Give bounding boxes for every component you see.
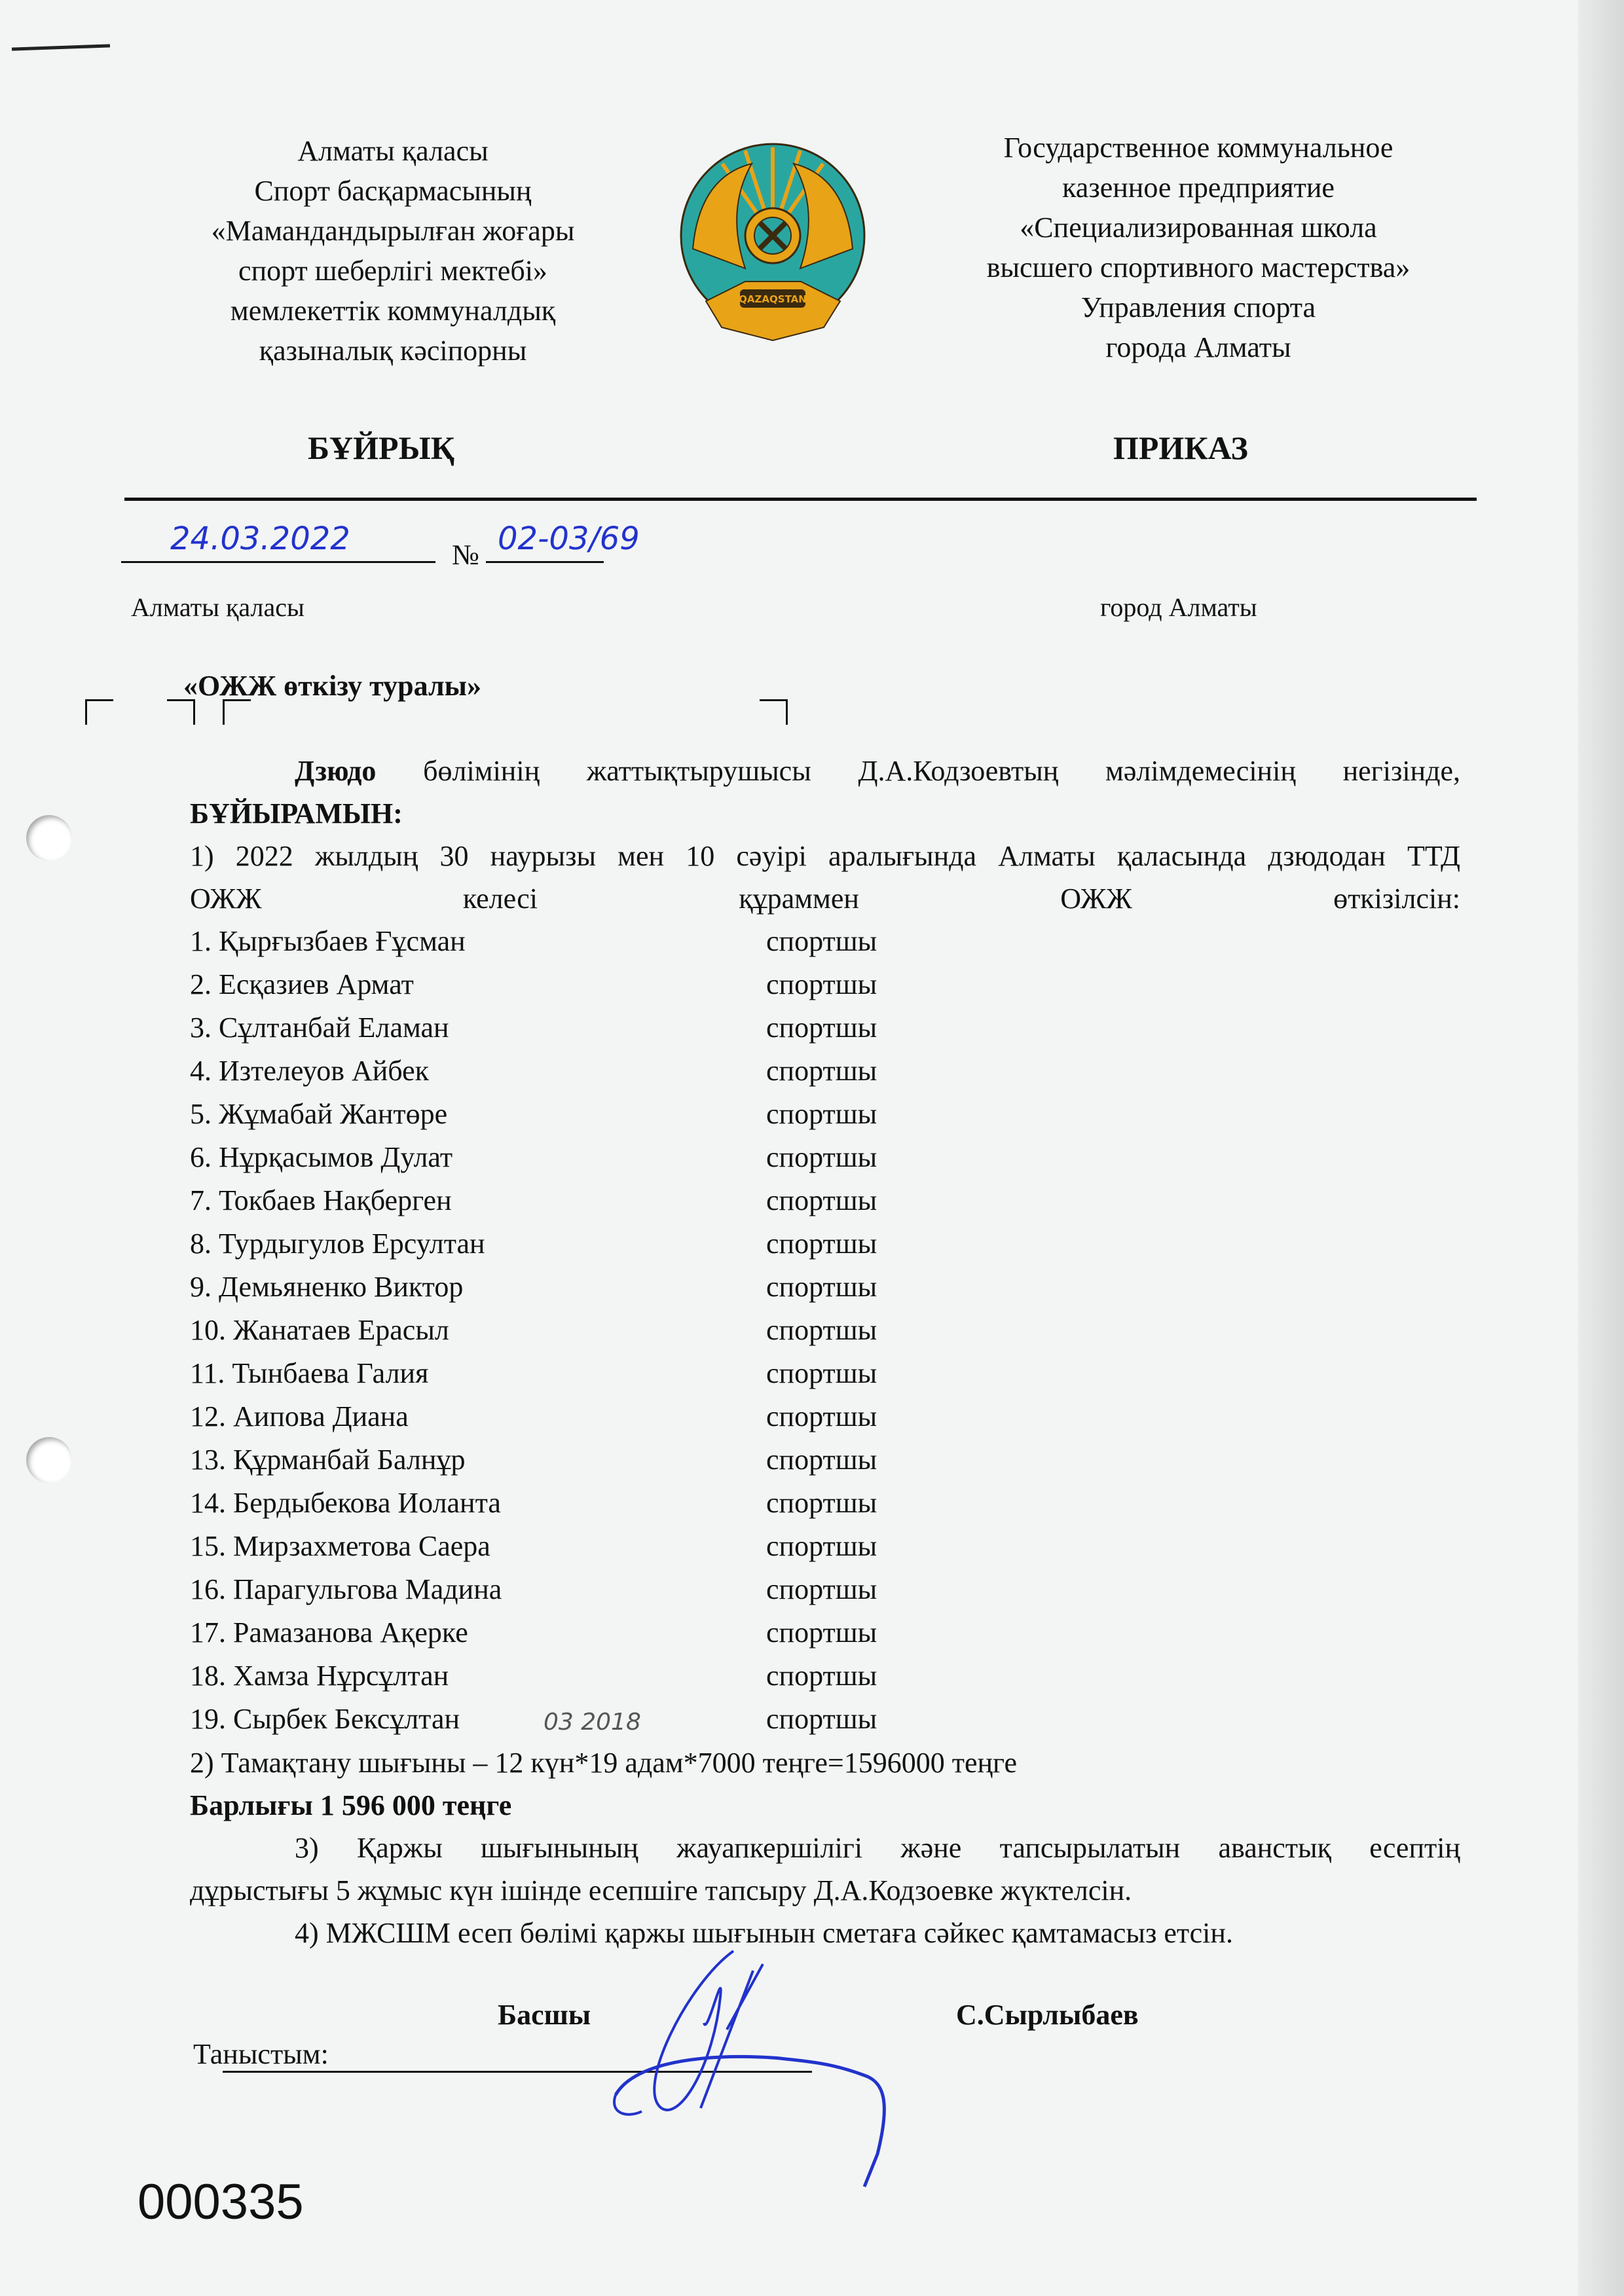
header-kz-line: «Мамандандырылған жоғары [164, 211, 622, 251]
participant-role: спортшы [766, 1266, 877, 1309]
header-kz-line: мемлекеттік коммуналдық [164, 291, 622, 331]
order-number: 02-03/69 [498, 520, 640, 557]
participant-number: 18. [190, 1660, 233, 1692]
participant-number: 14. [190, 1487, 233, 1519]
participant-row: 10. Жанатаев Ерасылспортшы [190, 1309, 976, 1352]
participant-number: 5. [190, 1098, 219, 1130]
title-kz: БҰЙРЫҚ [308, 429, 454, 467]
participant-name: Нұрқасымов Дулат [219, 1141, 452, 1173]
header-ru-line: города Алматы [904, 327, 1493, 367]
participant-name: Сұлтанбай Еламан [219, 1011, 449, 1044]
participant-role: спортшы [766, 1049, 877, 1093]
intro-sport: Дзюдо [295, 755, 376, 787]
participant-number: 17. [190, 1616, 233, 1649]
participant-number: 2. [190, 968, 219, 1000]
acknowledged-line [223, 2071, 380, 2073]
participant-number: 7. [190, 1184, 219, 1216]
participant-row: 7. Токбаев Нақбергенспортшы [190, 1179, 976, 1222]
corner-bracket [167, 699, 195, 725]
participant-name: Жанатаев Ерасыл [233, 1314, 449, 1346]
punch-hole [26, 815, 72, 861]
corner-bracket [223, 699, 251, 725]
participant-name: Мирзахметова Саера [233, 1530, 490, 1562]
item2-meals: 2) Тамақтану шығыны – 12 күн*19 адам*700… [190, 1741, 1017, 1785]
participant-role: спортшы [766, 1309, 877, 1352]
participant-row: 15. Мирзахметова Саераспортшы [190, 1525, 976, 1568]
item3-line2: дұрыстығы 5 жұмыс күн ішінде есепшіге та… [190, 1869, 1132, 1912]
participant-number: 6. [190, 1141, 219, 1173]
participant-row: 2. Есқазиев Арматспортшы [190, 963, 976, 1006]
header-ru-line: «Специализированная школа [904, 208, 1493, 247]
participant-role: спортшы [766, 963, 877, 1006]
header-kz-line: қазыналық кәсіпорны [164, 331, 622, 371]
header-ru: Государственное коммунальное казенное пр… [904, 128, 1493, 367]
participant-row: 8. Турдыгулов Ерсултанспортшы [190, 1222, 976, 1266]
participant-role: спортшы [766, 1525, 877, 1568]
participant-name: Токбаев Нақберген [219, 1184, 452, 1216]
participant-number: 1. [190, 925, 219, 957]
participant-number: 10. [190, 1314, 233, 1346]
number-label: № [452, 534, 479, 577]
participant-role: спортшы [766, 1395, 877, 1438]
participant-role: спортшы [766, 1438, 877, 1482]
punch-hole [26, 1437, 72, 1483]
participant-role: спортшы [766, 1006, 877, 1049]
participant-row: 12. Аипова Дианаспортшы [190, 1395, 976, 1438]
participant-number: 8. [190, 1228, 219, 1260]
scan-edge [1578, 0, 1624, 2296]
intro-text: бөлімінің жаттықтырушысы Д.А.Кодзоевтың … [423, 755, 1460, 787]
participant-row: 6. Нұрқасымов Дулатспортшы [190, 1136, 976, 1179]
header-kz: Алматы қаласы Спорт басқармасының «Маман… [164, 131, 622, 371]
participant-row: 3. Сұлтанбай Еламанспортшы [190, 1006, 976, 1049]
decree-word: БҰЙЫРАМЫН: [190, 792, 403, 835]
participant-name: Жұмабай Жантөре [219, 1098, 447, 1130]
participant-role: спортшы [766, 1093, 877, 1136]
participant-name: Бердыбекова Иоланта [233, 1487, 501, 1519]
participant-number: 3. [190, 1011, 219, 1044]
participant-row: 16. Парагульгова Мадинаспортшы [190, 1568, 976, 1611]
participant-name: Турдыгулов Ерсултан [219, 1228, 485, 1260]
participant-number: 11. [190, 1357, 232, 1389]
participant-role: спортшы [766, 1179, 877, 1222]
participant-row: 13. Құрманбай Балнұрспортшы [190, 1438, 976, 1482]
header-ru-line: высшего спортивного мастерства» [904, 247, 1493, 287]
header-ru-line: Государственное коммунальное [904, 128, 1493, 168]
participant-row: 14. Бердыбекова Иолантаспортшы [190, 1482, 976, 1525]
scan-mark [12, 44, 110, 50]
participant-name: Демьяненко Виктор [219, 1271, 463, 1303]
handwritten-note: 03 2018 [544, 1709, 641, 1736]
participant-name: Құрманбай Балнұр [233, 1444, 465, 1476]
participant-role: спортшы [766, 1611, 877, 1654]
participant-name: Парагульгова Мадина [233, 1573, 502, 1605]
participant-name: Хамза Нұрсұлтан [233, 1660, 449, 1692]
document-serial-number: 000335 [138, 2174, 304, 2231]
header-kz-line: Алматы қаласы [164, 131, 622, 171]
participant-row: 18. Хамза Нұрсұлтанспортшы [190, 1654, 976, 1698]
participant-role: спортшы [766, 1568, 877, 1611]
participant-role: спортшы [766, 1482, 877, 1525]
participant-role: спортшы [766, 1222, 877, 1266]
header-kz-line: Спорт басқармасының [164, 171, 622, 211]
participant-row: 17. Рамазанова Ақеркеспортшы [190, 1611, 976, 1654]
participant-row: 5. Жұмабай Жантөреспортшы [190, 1093, 976, 1136]
total-amount: Барлығы 1 596 000 теңге [190, 1784, 511, 1827]
participant-number: 12. [190, 1400, 233, 1432]
header-ru-line: казенное предприятие [904, 168, 1493, 208]
participant-row: 9. Демьяненко Викторспортшы [190, 1266, 976, 1309]
participant-row: 1. Қырғызбаев Ғұсманспортшы [190, 920, 976, 963]
participant-number: 9. [190, 1271, 219, 1303]
participant-number: 15. [190, 1530, 233, 1562]
participant-name: Изтелеуов Айбек [219, 1055, 429, 1087]
date-underline [121, 561, 435, 563]
participant-name: Тынбаева Галия [232, 1357, 428, 1389]
item1-line2: ОЖЖ келесі құраммен ОЖЖ өткізілсін: [190, 877, 1460, 920]
state-emblem-icon: QAZAQSTAN [680, 137, 866, 354]
participant-role: спортшы [766, 1136, 877, 1179]
signatory-role: Басшы [498, 1994, 591, 2037]
participant-name: Есқазиев Армат [219, 968, 414, 1000]
participant-role: спортшы [766, 920, 877, 963]
participant-name: Аипова Диана [233, 1400, 409, 1432]
acknowledged-label: Таныстым: [193, 2033, 329, 2076]
participant-row: 11. Тынбаева Галияспортшы [190, 1352, 976, 1395]
signature-scribble-icon [589, 1944, 1087, 2206]
participant-number: 16. [190, 1573, 233, 1605]
participants-list: 1. Қырғызбаев Ғұсманспортшы2. Есқазиев А… [190, 920, 976, 1741]
item1-line1: 1) 2022 жылдың 30 наурызы мен 10 сәуірі … [190, 835, 1460, 878]
participant-number: 13. [190, 1444, 233, 1476]
header-divider [124, 498, 1477, 501]
participant-name: Сырбек Бексұлтан [233, 1703, 460, 1735]
city-kz: Алматы қаласы [131, 586, 304, 629]
corner-bracket [760, 699, 788, 725]
participant-number: 4. [190, 1055, 219, 1087]
participant-role: спортшы [766, 1352, 877, 1395]
participant-role: спортшы [766, 1654, 877, 1698]
participant-number: 19. [190, 1703, 233, 1735]
participant-name: Қырғызбаев Ғұсман [219, 925, 466, 957]
header-ru-line: Управления спорта [904, 287, 1493, 327]
number-underline [486, 561, 604, 563]
intro-paragraph: Дзюдо бөлімінің жаттықтырушысы Д.А.Кодзо… [190, 750, 1460, 793]
title-ru: ПРИКАЗ [1113, 429, 1248, 467]
participant-row: 4. Изтелеуов Айбекспортшы [190, 1049, 976, 1093]
svg-text:QAZAQSTAN: QAZAQSTAN [739, 293, 807, 305]
order-date: 24.03.2022 [170, 520, 350, 557]
participant-name: Рамазанова Ақерке [233, 1616, 468, 1649]
item3-line1: 3) Қаржы шығынының жауапкершілігі және т… [190, 1827, 1460, 1870]
header-kz-line: спорт шеберлігі мектебі» [164, 251, 622, 291]
city-ru: город Алматы [1100, 586, 1257, 629]
participant-role: спортшы [766, 1698, 877, 1741]
corner-bracket [85, 699, 113, 725]
